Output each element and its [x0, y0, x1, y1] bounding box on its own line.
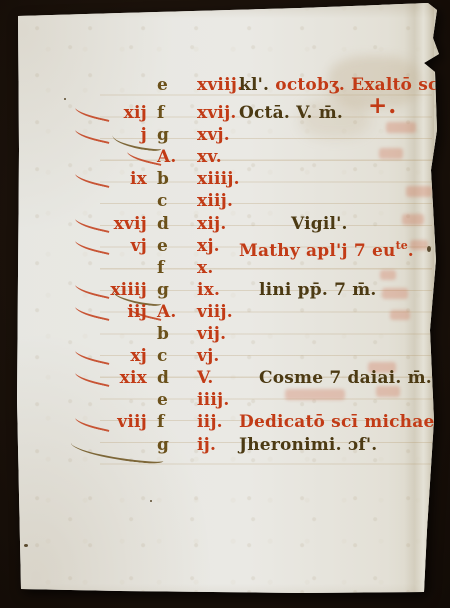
calendar-row: cxiij.	[95, 190, 440, 212]
manuscript-leaf-wrap: exviij.kl'. octobʒ. Exaltō scēxijfxvij.O…	[0, 0, 450, 608]
feast-entry: Octā. V. m̄.	[239, 102, 343, 124]
day-numeral: xv.	[183, 146, 239, 168]
day-numeral: iij.	[183, 411, 239, 433]
day-numeral: xiiij.	[183, 168, 239, 190]
calendar-row: viijfiij.Dedicatō scī michael'.	[95, 411, 440, 433]
calendar-row: gij.Jheronimi. ɔf'.	[95, 434, 440, 456]
calendar-row: fx.	[95, 257, 440, 279]
feast-entry: lini pp̄. 7 m̄.	[259, 279, 377, 301]
dominical-letter: d	[147, 213, 183, 235]
golden-number: viij	[95, 411, 147, 433]
dominical-letter: d	[147, 367, 183, 389]
calendar-row: A.xv.	[95, 146, 440, 168]
dominical-letter: g	[147, 434, 183, 456]
photo-background: { "ink_colors": { "red": "#c23b16", "bro…	[0, 0, 450, 608]
calendar-rows: exviij.kl'. octobʒ. Exaltō scēxijfxvij.O…	[95, 74, 440, 456]
calendar-row: bvij.	[95, 323, 440, 345]
speck	[24, 544, 28, 547]
calendar-row: iijA.viij.	[95, 301, 440, 323]
feast-text: kl'.	[239, 75, 275, 95]
dominical-letter: f	[147, 102, 183, 124]
speck	[150, 500, 152, 502]
calendar-row: xixdV.Cosme 7 daiai. m̄.	[95, 367, 440, 389]
day-numeral: xij.	[183, 213, 239, 235]
feast-entry: Cosme 7 daiai. m̄.	[259, 367, 432, 389]
day-numeral: xj.	[183, 235, 239, 257]
dominical-letter: f	[147, 411, 183, 433]
day-numeral: xviij.	[183, 74, 239, 96]
golden-number: xvij	[95, 213, 147, 235]
feast-entry: Vigil'.	[291, 213, 348, 235]
feast-text: Exaltō scē	[351, 75, 449, 95]
dominical-letter: e	[147, 389, 183, 411]
day-numeral: viij.	[183, 301, 239, 323]
day-numeral: vj.	[183, 345, 239, 367]
day-numeral: xvj.	[183, 124, 239, 146]
speck	[64, 98, 66, 100]
feast-text: Jheronimi. ɔf'.	[239, 435, 377, 455]
golden-number: xj	[95, 345, 147, 367]
feast-text: octobʒ.	[275, 75, 351, 95]
cross-symbol: +.	[368, 92, 397, 119]
feast-text: Octā. V. m̄.	[239, 103, 343, 123]
day-numeral: ij.	[183, 434, 239, 456]
day-numeral: vij.	[183, 323, 239, 345]
calendar-row: xiiijgix.lini pp̄. 7 m̄.	[95, 279, 440, 301]
dominical-letter: g	[147, 279, 183, 301]
feast-text: Cosme 7 daiai. m̄.	[259, 368, 432, 388]
dominical-letter: b	[147, 323, 183, 345]
feast-entry: Jheronimi. ɔf'.	[239, 434, 377, 456]
day-numeral: x.	[183, 257, 239, 279]
day-numeral: ix.	[183, 279, 239, 301]
dominical-letter: b	[147, 168, 183, 190]
golden-number: xix	[95, 367, 147, 389]
dominical-letter: e	[147, 74, 183, 96]
day-numeral: V.	[183, 367, 239, 389]
feast-text: te	[396, 239, 408, 252]
dominical-letter: c	[147, 345, 183, 367]
golden-number: vj	[95, 235, 147, 257]
feast-entry: kl'. octobʒ. Exaltō scē	[239, 74, 450, 96]
day-numeral: xvij.	[183, 102, 239, 124]
dominical-letter: A.	[147, 301, 183, 323]
dominical-letter: c	[147, 190, 183, 212]
dominical-letter: f	[147, 257, 183, 279]
feast-entry: Dedicatō scī michael'.	[239, 411, 450, 433]
day-numeral: xiij.	[183, 190, 239, 212]
calendar-row: vjexj.Mathy apl'j 7 eute.	[95, 235, 440, 257]
feast-text: Dedicatō scī michael'.	[239, 412, 450, 432]
calendar-row: xjcvj.	[95, 345, 440, 367]
calendar-row: eiiij.	[95, 389, 440, 411]
feast-text: Vigil'.	[291, 214, 348, 234]
dominical-letter: e	[147, 235, 183, 257]
manuscript-leaf: exviij.kl'. octobʒ. Exaltō scēxijfxvij.O…	[0, 0, 450, 608]
dominical-letter: A.	[147, 146, 183, 168]
calendar-row: jgxvj.	[95, 124, 440, 146]
golden-number: xij	[95, 102, 147, 124]
feast-text: lini pp̄. 7 m̄.	[259, 280, 377, 300]
calendar-row: xvijdxij.Vigil'.	[95, 213, 440, 235]
calendar-row: ixbxiiij.	[95, 168, 440, 190]
day-numeral: iiij.	[183, 389, 239, 411]
golden-number: ix	[95, 168, 147, 190]
dominical-letter: g	[147, 124, 183, 146]
